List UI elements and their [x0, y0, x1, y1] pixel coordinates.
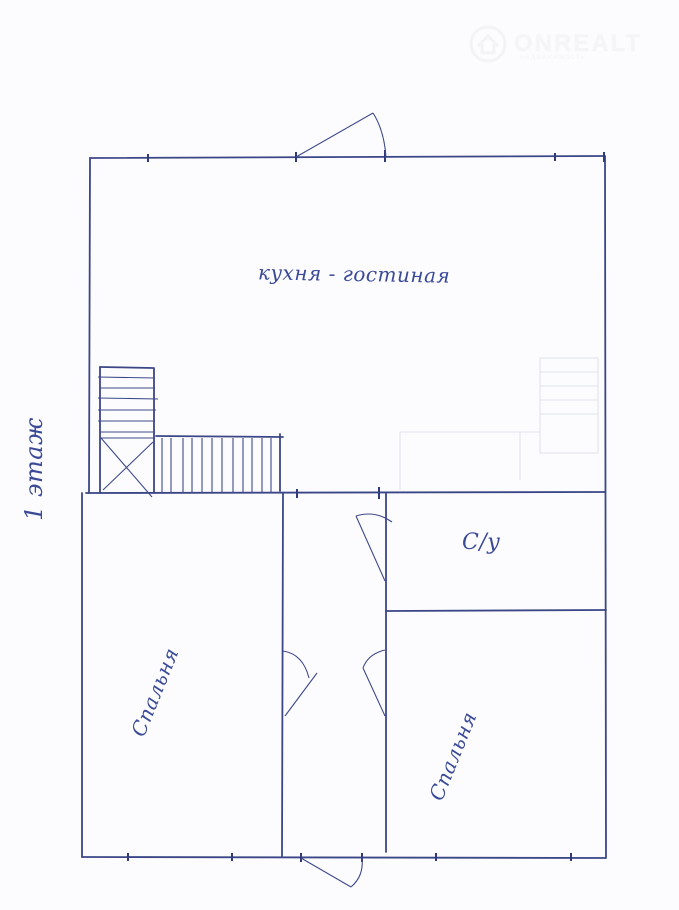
top-entrance-door [296, 113, 386, 157]
bottom-entrance-door [301, 858, 362, 887]
stairs-icon [98, 367, 283, 497]
floor-plan-drawing [0, 0, 679, 910]
left-bedroom-door [283, 651, 317, 716]
room-label-bathroom: С/у [462, 530, 501, 555]
right-bedroom-door [363, 650, 385, 716]
floor-label: 1 этаж [20, 417, 48, 521]
wall-ticks [128, 150, 604, 862]
ghost-lines [400, 358, 598, 490]
room-label-kitchen-living: кухня - гостиная [258, 260, 451, 287]
